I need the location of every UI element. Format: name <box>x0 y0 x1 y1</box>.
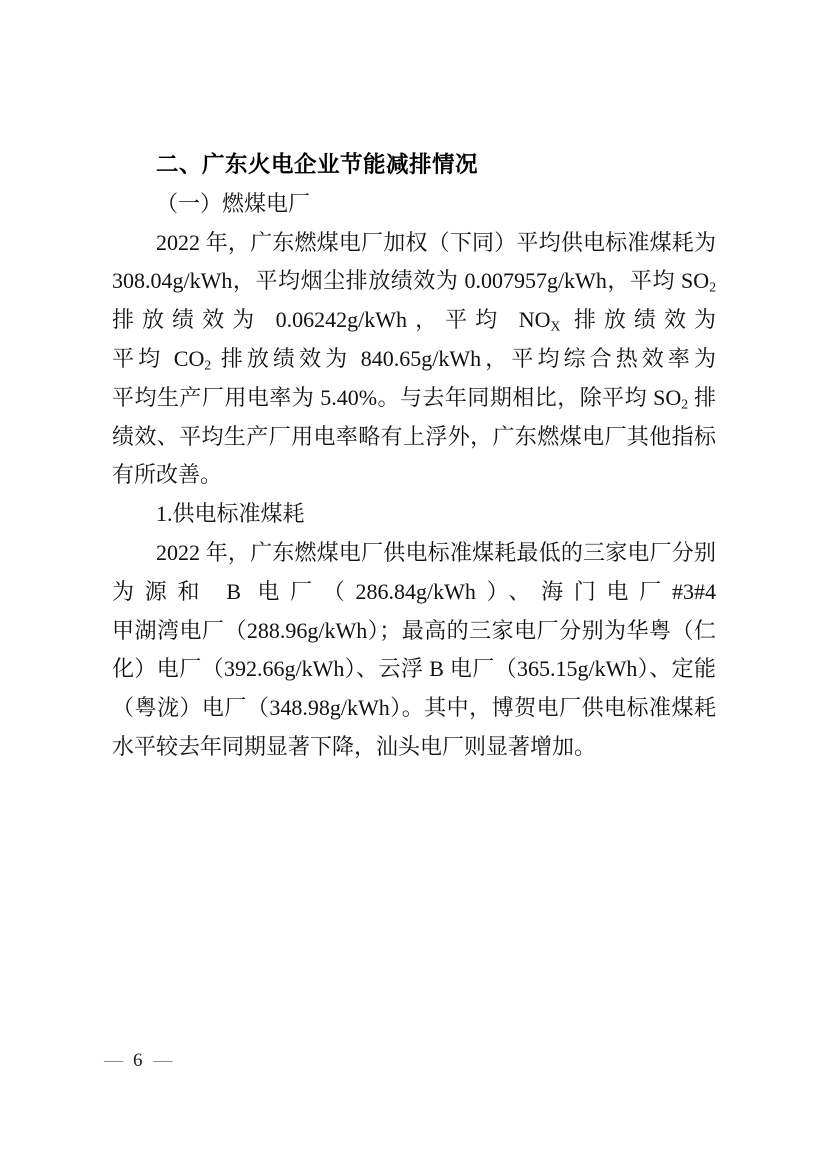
text-line: 2022 年，广东燃煤电厂供电标准煤耗最低的三家电厂分别 <box>112 534 716 573</box>
text-line: 化）电厂（392.66g/kWh）、云浮 B 电厂（365.15g/kWh）、定… <box>112 650 716 689</box>
subsection-heading: （一）燃煤电厂 <box>112 185 716 224</box>
text-line: 水平较去年同期显著下降，汕头电厂则显著增加。 <box>112 728 716 767</box>
page-footer: — 6 — <box>104 1048 172 1074</box>
list-title: 1.供电标准煤耗 <box>112 495 716 534</box>
text-line: 排放绩效为 0.06242g/kWh，平均 NOX 排放绩效为 0.1216g/… <box>112 301 716 340</box>
text-line: 有所改善。 <box>112 456 716 495</box>
page-number: 6 <box>133 1048 143 1074</box>
text-line: （粤泷）电厂（348.98g/kWh）。其中，博贺电厂供电标准煤耗 <box>112 689 716 728</box>
section-heading: 二、广东火电企业节能减排情况 <box>112 146 716 185</box>
document-page: 二、广东火电企业节能减排情况（一）燃煤电厂2022 年，广东燃煤电厂加权（下同）… <box>0 0 827 1169</box>
text-line: 2022 年，广东燃煤电厂加权（下同）平均供电标准煤耗为 <box>112 224 716 263</box>
footer-left-dash: — <box>104 1048 122 1074</box>
text-line: 为源和 B 电厂（286.84g/kWh）、海门电厂#3#4（288.37g/k… <box>112 573 716 612</box>
text-line: 甲湖湾电厂（288.96g/kWh）；最高的三家电厂分别为华粤（仁 <box>112 612 716 651</box>
footer-right-dash: — <box>154 1048 172 1074</box>
text-line: 绩效、平均生产厂用电率略有上浮外，广东燃煤电厂其他指标均 <box>112 418 716 457</box>
text-line: 308.04g/kWh，平均烟尘排放绩效为 0.007957g/kWh，平均 S… <box>112 262 716 301</box>
document-body: 二、广东火电企业节能减排情况（一）燃煤电厂2022 年，广东燃煤电厂加权（下同）… <box>112 146 716 767</box>
text-line: 平均 CO2 排放绩效为 840.65g/kWh，平均综合热效率为 41.55%… <box>112 340 716 379</box>
text-line: 平均生产厂用电率为 5.40%。与去年同期相比，除平均 SO2 排放 <box>112 379 716 418</box>
